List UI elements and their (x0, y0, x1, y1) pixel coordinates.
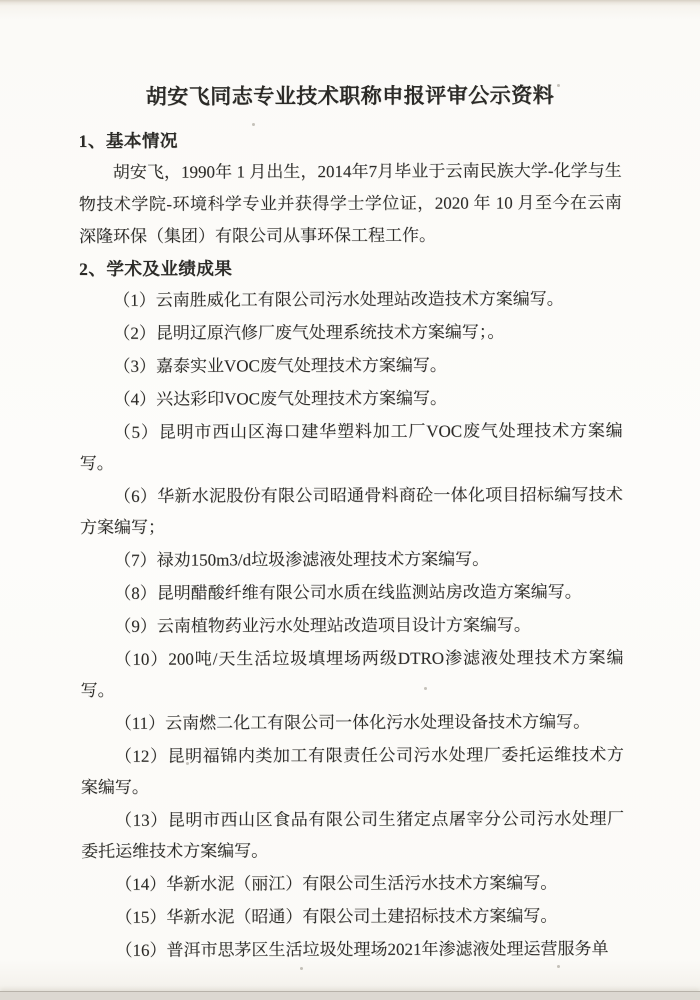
scan-speck (300, 967, 303, 970)
achievement-item-10: （10）200吨/天生活垃圾填埋场两级DTRO渗滤液处理技术方案编写。 (80, 642, 623, 706)
section-2-heading: 2、学术及业绩成果 (79, 251, 622, 285)
document-content: 胡安飞同志专业技术职称申报评审公示资料 1、基本情况 胡安飞，1990年 1 月… (78, 81, 624, 968)
achievement-item-1: （1）云南胜威化工有限公司污水处理站改造技术方案编写。 (79, 283, 622, 316)
achievement-item-6: （6）华新水泥股份有限公司昭通骨料商砼一体化项目招标编写技术方案编写； (80, 479, 623, 543)
page-title: 胡安飞同志专业技术职称申报评审公示资料 (78, 81, 621, 111)
achievement-item-8: （8）昆明醋酸纤维有限公司水质在线监测站房改造方案编写。 (80, 576, 623, 609)
achievement-item-7: （7）禄劝150m3/d垃圾渗滤液处理技术方案编写。 (80, 543, 623, 576)
scan-speck (252, 123, 255, 126)
scan-speck (557, 965, 560, 968)
scan-speck (424, 687, 427, 690)
section-1-heading: 1、基本情况 (79, 123, 622, 157)
scan-speck (612, 493, 615, 496)
basic-info-paragraph: 胡安飞，1990年 1 月出生，2014年7月毕业于云南民族大学-化学与生物技术… (79, 155, 622, 253)
achievement-item-15: （15）华新水泥（昭通）有限公司土建招标技术方案编写。 (81, 900, 624, 933)
scan-edge-top (0, 0, 700, 6)
achievement-item-3: （3）嘉泰实业VOC废气处理技术方案编写。 (79, 349, 622, 382)
achievement-item-14: （14）华新水泥（丽江）有限公司生活污水技术方案编写。 (81, 867, 624, 900)
achievement-item-12: （12）昆明福锦内类加工有限责任公司污水处理厂委托运维技术方案编写。 (81, 739, 624, 803)
achievement-item-16: （16）普洱市思茅区生活垃圾处理场2021年渗滤液处理运营服务单 (81, 933, 624, 966)
scanned-document-page: 胡安飞同志专业技术职称申报评审公示资料 1、基本情况 胡安飞，1990年 1 月… (0, 0, 700, 1000)
achievement-item-13: （13）昆明市西山区食品有限公司生猪定点屠宰分公司污水处理厂委托运维技术方案编写… (81, 803, 624, 867)
achievement-item-5: （5）昆明市西山区海口建华塑料加工厂VOC废气处理技术方案编写。 (80, 415, 623, 479)
scan-speck (557, 84, 560, 87)
achievement-item-2: （2）昆明辽原汽修厂废气处理系统技术方案编写；。 (79, 316, 622, 349)
scan-speck (186, 762, 189, 765)
achievement-item-4: （4）兴达彩印VOC废气处理技术方案编写。 (80, 382, 623, 415)
achievement-item-11: （11）云南燃二化工有限公司一体化污水处理设备技术方编写。 (81, 706, 624, 739)
scan-edge-bottom (0, 992, 700, 1000)
achievement-item-9: （9）云南植物药业污水处理站改造项目设计方案编写。 (80, 609, 623, 642)
scan-speck (560, 487, 563, 490)
